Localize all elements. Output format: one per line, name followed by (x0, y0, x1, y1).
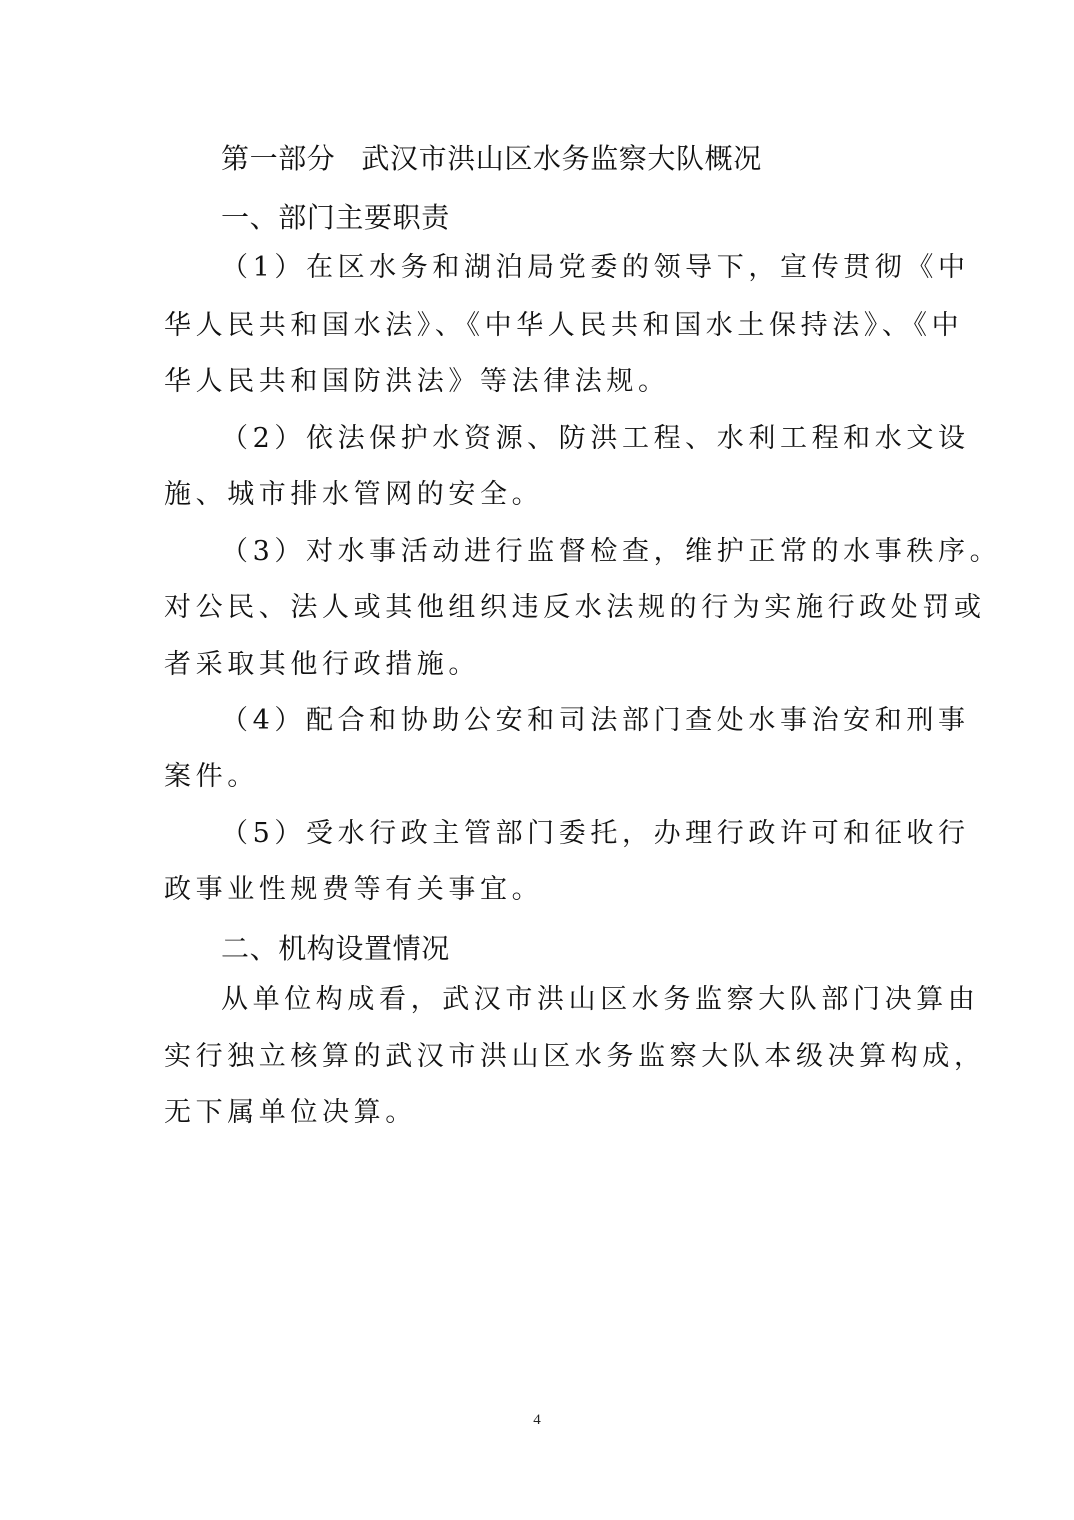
page-number: 4 (0, 1412, 1074, 1429)
paragraph-line: 者采取其他行政措施。 (164, 647, 912, 683)
paragraph-line: 华人民共和国水法》、《中华人民共和国水土保持法》、《中 (164, 308, 912, 344)
page-title: 第一部分武汉市洪山区水务监察大队概况 (221, 140, 762, 178)
title-part: 第一部分 (221, 142, 335, 175)
paragraph-line: （3）对水事活动进行监督检查，维护正常的水事秩序。 (221, 534, 912, 570)
section-heading-structure: 二、机构设置情况 (221, 930, 450, 968)
paragraph-line: 从单位构成看，武汉市洪山区水务监察大队部门决算由 (221, 982, 912, 1018)
paragraph-line: 无下属单位决算。 (164, 1095, 912, 1131)
paragraph-line: （4）配合和协助公安和司法部门查处水事治安和刑事 (221, 703, 912, 739)
paragraph-line: 实行独立核算的武汉市洪山区水务监察大队本级决算构成， (164, 1039, 912, 1075)
paragraph-line: 施、城市排水管网的安全。 (164, 477, 912, 513)
paragraph-line: 政事业性规费等有关事宜。 (164, 872, 912, 908)
document-page: 第一部分武汉市洪山区水务监察大队概况 一、部门主要职责 （1）在区水务和湖泊局党… (0, 0, 1074, 1520)
title-name: 武汉市洪山区水务监察大队概况 (361, 142, 761, 175)
paragraph-line: （5）受水行政主管部门委托，办理行政许可和征收行 (221, 816, 912, 852)
paragraph-line: 案件。 (164, 759, 912, 795)
paragraph-line: 华人民共和国防洪法》等法律法规。 (164, 364, 912, 400)
paragraph-line: （1）在区水务和湖泊局党委的领导下，宣传贯彻《中 (221, 250, 912, 286)
section-heading-duties: 一、部门主要职责 (221, 199, 450, 237)
paragraph-line: （2）依法保护水资源、防洪工程、水利工程和水文设 (221, 421, 912, 457)
paragraph-line: 对公民、法人或其他组织违反水法规的行为实施行政处罚或 (164, 590, 912, 626)
